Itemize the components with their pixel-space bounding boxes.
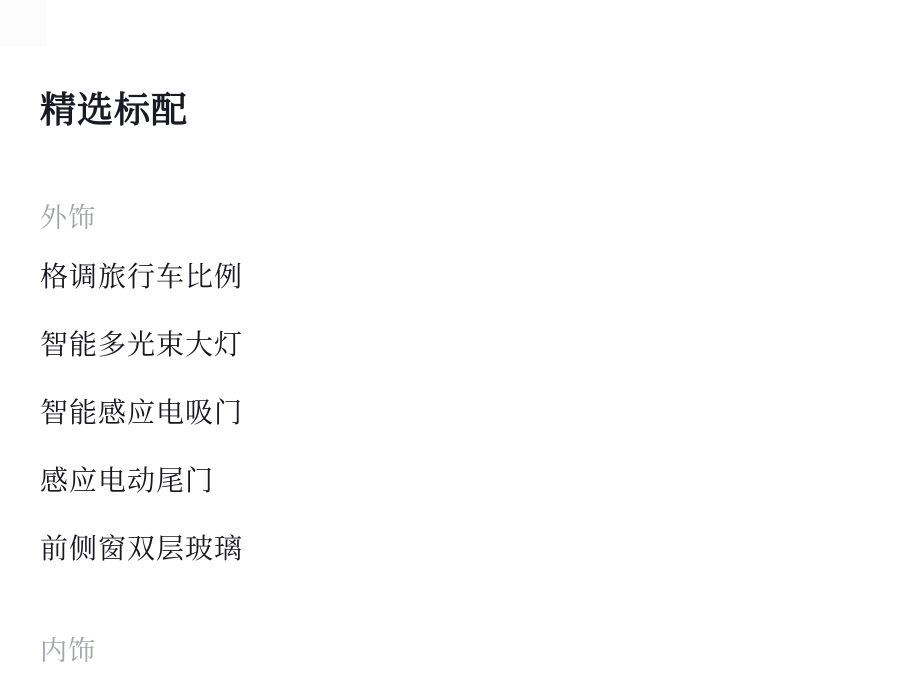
feature-sections: 外饰格调旅行车比例智能多光束大灯智能感应电吸门感应电动尾门前侧窗双层玻璃内饰 — [40, 203, 900, 667]
feature-list-page: 精选标配 外饰格调旅行车比例智能多光束大灯智能感应电吸门感应电动尾门前侧窗双层玻… — [0, 0, 900, 667]
feature-item: 前侧窗双层玻璃 — [40, 533, 900, 565]
top-left-corner-artifact — [0, 0, 47, 47]
feature-item: 智能感应电吸门 — [40, 397, 900, 429]
feature-item: 格调旅行车比例 — [40, 261, 900, 293]
page-title: 精选标配 — [40, 0, 900, 130]
feature-item: 感应电动尾门 — [40, 465, 900, 497]
feature-item: 智能多光束大灯 — [40, 329, 900, 361]
section-label-interior: 内饰 — [40, 636, 900, 667]
section-label-exterior: 外饰 — [40, 203, 900, 234]
